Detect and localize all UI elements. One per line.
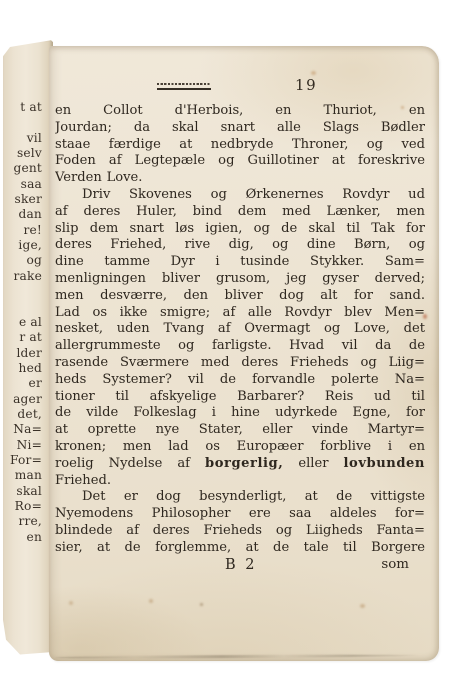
text-line: nesket, uden Tvang af Overmagt og Love, … (55, 321, 425, 338)
text-line: Foden af Legtepæle og Guillotiner at for… (55, 153, 425, 170)
text-block: en Collot d'Herbois, en Thuriot, enJourd… (55, 103, 425, 557)
fragment-line: sker (3, 192, 42, 207)
text-line: staae færdige at nedbryde Throner, og ve… (55, 137, 425, 154)
fragment-line: re! (3, 223, 42, 238)
book-photo: t atvilselvgentsaaskerdanre!ige,ograkee … (0, 0, 468, 700)
text-line: de vilde Folkeslag i hine udyrkede Egne,… (55, 405, 425, 422)
catchword: som (381, 557, 409, 572)
text-line: menligningen bliver grusom, jeg gyser de… (55, 271, 425, 288)
foxing-spot (200, 603, 203, 606)
fragment-line: og (3, 253, 42, 268)
fragment-line: saa (3, 177, 42, 192)
fragment-line: lder (3, 346, 42, 361)
foxing-spot (360, 604, 365, 608)
fragment-line: rre, (3, 514, 42, 529)
facing-page-text-fragments: t atvilselvgentsaaskerdanre!ige,ograkee … (3, 100, 42, 545)
page-header: 19 (49, 79, 439, 101)
deckle-edge-line (55, 654, 418, 659)
text-line: dine tamme Dyr i tusinde Stykker. Sam= (55, 254, 425, 271)
fragment-line: rake (3, 269, 42, 284)
text-line: tioner til afskyelige Barbarer? Reis ud … (55, 389, 425, 406)
foxing-spot (423, 314, 427, 319)
fragment-line (3, 284, 42, 299)
fragment-line: e al (3, 315, 42, 330)
fragment-line: dan (3, 207, 42, 222)
fragment-line: selv (3, 146, 42, 161)
foxing-spot (311, 71, 316, 75)
page-number: 19 (295, 76, 317, 94)
foxing-spot (149, 599, 153, 603)
fragment-line: For= (3, 453, 42, 468)
text-line: at oprette nye Stater, eller vinde Marty… (55, 422, 425, 439)
text-line: allergrummeste og farligste. Hvad vil da… (55, 338, 425, 355)
text-line: roelig Nydelse af borgerlig, eller lovbu… (55, 456, 425, 473)
fragment-line: gent (3, 161, 42, 176)
text-line: Verden Love. (55, 170, 425, 187)
header-rule-ornament (157, 83, 211, 90)
fragment-line: det, (3, 407, 42, 422)
fragment-line: Ni= (3, 438, 42, 453)
text-line: Det er dog besynderligt, at de vittigste (55, 489, 425, 506)
text-line: deres Friehed, rive dig, og dine Børn, o… (55, 237, 425, 254)
text-line: slip dem snart løs igien, og de skal til… (55, 221, 425, 238)
fragment-line (3, 115, 42, 130)
text-line: rasende Sværmere med deres Frieheds og L… (55, 355, 425, 372)
fragment-line: r at (3, 330, 42, 345)
text-line: en Collot d'Herbois, en Thuriot, en (55, 103, 425, 120)
rule-bottom (157, 88, 211, 91)
signature-mark: B 2 (225, 557, 257, 573)
text-line: sier, at de forglemme, at de tale til Bo… (55, 540, 425, 557)
fragment-line: en (3, 530, 42, 545)
text-line: men desværre, den bliver dog alt for san… (55, 288, 425, 305)
text-line: Lad os ikke smigre; af alle Rovdyr blev … (55, 305, 425, 322)
fragment-line: hed (3, 361, 42, 376)
fragment-line: man (3, 468, 42, 483)
fragment-line: er (3, 376, 42, 391)
text-line: kronen; men lad os Europæer forblive i e… (55, 439, 425, 456)
rule-top (157, 83, 211, 85)
facing-page-edge: t atvilselvgentsaaskerdanre!ige,ograkee … (3, 39, 53, 657)
fragment-line: skal (3, 484, 42, 499)
fragment-line: ager (3, 392, 42, 407)
fragment-line: ige, (3, 238, 42, 253)
fragment-line: t at (3, 100, 42, 115)
fragment-line: vil (3, 131, 42, 146)
text-line: heds Systemer? vil de forvandle polerte … (55, 372, 425, 389)
fragment-line (3, 299, 42, 314)
book-page: 19 en Collot d'Herbois, en Thuriot, enJo… (49, 46, 439, 661)
foxing-spot (401, 106, 404, 109)
text-line: Nyemodens Philosopher ere saa aldeles fo… (55, 506, 425, 523)
signature-row: B 2 som (55, 557, 425, 575)
text-line: blindede af deres Frieheds og Liigheds F… (55, 523, 425, 540)
foxing-spot (69, 601, 73, 605)
text-line: Jourdan; da skal snart alle Slags Bødler (55, 120, 425, 137)
text-line: Driv Skovenes og Ørkenernes Rovdyr ud (55, 187, 425, 204)
fragment-line: Na= (3, 422, 42, 437)
text-line: af deres Huler, bind dem med Lænker, men (55, 204, 425, 221)
fragment-line: Ro= (3, 499, 42, 514)
text-line: Friehed. (55, 473, 425, 490)
